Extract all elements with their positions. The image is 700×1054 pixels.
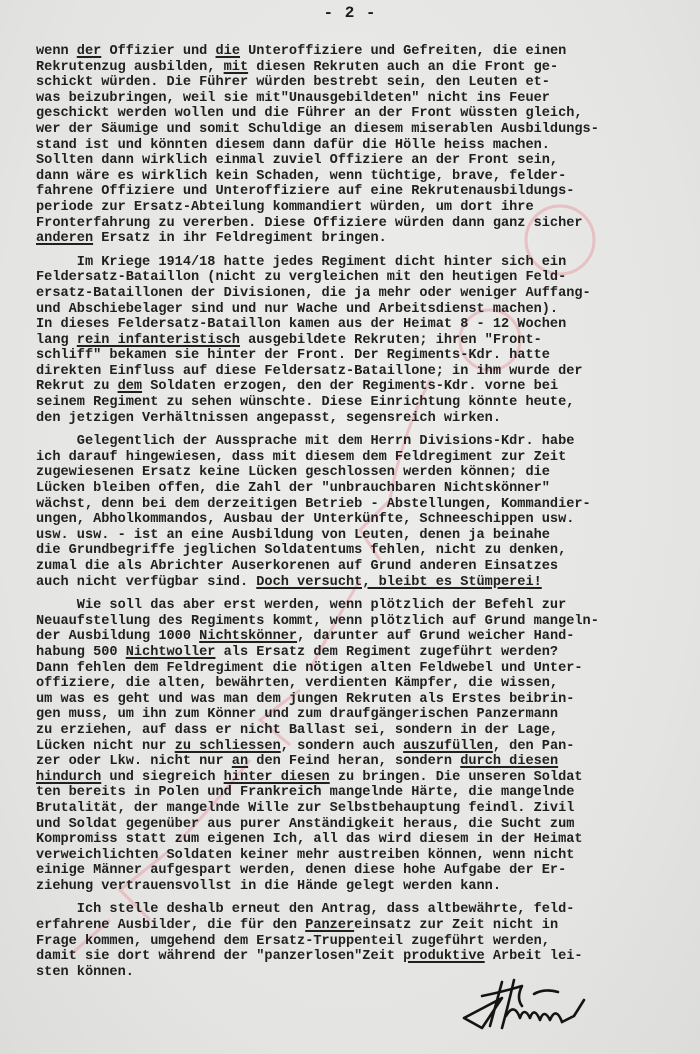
text-segment: den jetzigen Verhältnissen angepasst, se… xyxy=(36,411,501,426)
text-line: Brutalität, der mangelnde Wille zur Selb… xyxy=(36,801,686,817)
text-line: anderen Ersatz in ihr Feldregiment bring… xyxy=(36,231,686,247)
text-segment: und siegreich xyxy=(101,770,223,785)
text-line: um was es geht und was man dem jungen Re… xyxy=(36,692,686,708)
text-line: und Abschiebelager sind und nur Wache un… xyxy=(36,302,686,318)
paragraph: Ich stelle deshalb erneut den Antrag, da… xyxy=(36,902,686,980)
text-segment: Ich stelle deshalb erneut den Antrag, da… xyxy=(36,902,574,917)
text-line: der Ausbildung 1000 Nichtskönner, darunt… xyxy=(36,629,686,645)
text-line: Ich stelle deshalb erneut den Antrag, da… xyxy=(36,902,686,918)
text-segment: wenn xyxy=(36,44,77,59)
text-line: Fronterfahrung zu vererben. Diese Offizi… xyxy=(36,216,686,232)
underlined-text: Nichtwoller xyxy=(126,645,216,660)
text-line: zu erziehen, auf dass er nicht Ballast s… xyxy=(36,723,686,739)
text-segment: ersatz-Bataillonen der Divisionen, die j… xyxy=(36,286,591,301)
text-line: ziehung vertrauensvollst in die Hände ge… xyxy=(36,879,686,895)
text-line: In dieses Feldersatz-Bataillon kamen aus… xyxy=(36,317,686,333)
text-segment: Rekrut zu xyxy=(36,379,118,394)
text-line: ten bereits in Polen und Frankreich mang… xyxy=(36,785,686,801)
text-segment: ausgebildete Rekruten; ihren "Front- xyxy=(240,333,542,348)
text-segment: gen muss, um ihn zum Könner und zum drau… xyxy=(36,707,558,722)
text-segment: schliff" bekamen sie hinter der Front. D… xyxy=(36,348,550,363)
text-line: Sollten dann wirklich einmal zuviel Offi… xyxy=(36,153,686,169)
text-line: ungen, Abholkommandos, Ausbau der Unterk… xyxy=(36,512,686,528)
paragraph-gap xyxy=(36,247,686,255)
text-line: Gelegentlich der Aussprache mit dem Herr… xyxy=(36,434,686,450)
text-segment: , den Pan- xyxy=(493,739,575,754)
text-segment: ungen, Abholkommandos, Ausbau der Unterk… xyxy=(36,512,574,527)
text-segment: damit sie dort während der "panzerlosen"… xyxy=(36,949,403,964)
text-segment: ich darauf hingewiesen, dass mit diesem … xyxy=(36,450,566,465)
text-line: den jetzigen Verhältnissen angepasst, se… xyxy=(36,411,686,427)
text-line: Feldersatz-Bataillon (nicht zu vergleich… xyxy=(36,270,686,286)
underlined-text: Panzer xyxy=(305,918,354,933)
text-line: zugewiesenen Ersatz keine Lücken geschlo… xyxy=(36,465,686,481)
text-line: schliff" bekamen sie hinter der Front. D… xyxy=(36,348,686,364)
text-line: Neuaufstellung des Regiments kommt, wenn… xyxy=(36,614,686,630)
text-line: zumal die als Abrichter Auserkorenen auf… xyxy=(36,559,686,575)
text-segment: Soldaten erzogen, den der Regiments-Kdr.… xyxy=(142,379,558,394)
text-line: wer der Säumige und somit Schuldige an d… xyxy=(36,122,686,138)
text-line: dann wäre es wirklich kein Schaden, wenn… xyxy=(36,169,686,185)
text-line: geschickt werden wollen und die Führer a… xyxy=(36,106,686,122)
text-segment: auch nicht verfügbar sind. xyxy=(36,575,256,590)
paragraph-gap xyxy=(36,426,686,434)
text-segment: verweichlichten Soldaten keiner mehr aus… xyxy=(36,848,574,863)
text-segment: Ersatz in ihr Feldregiment bringen. xyxy=(93,231,387,246)
text-segment: einige Männer aufgespart werden, denen d… xyxy=(36,863,566,878)
text-segment: was beizubringen, weil sie mit"Unausgebi… xyxy=(36,91,550,106)
text-line: auch nicht verfügbar sind. Doch versucht… xyxy=(36,575,686,591)
page-number: - 2 - xyxy=(0,4,700,22)
text-segment: Sollten dann wirklich einmal zuviel Offi… xyxy=(36,153,558,168)
text-line: stand ist und könnten diesem dann dafür … xyxy=(36,138,686,154)
underlined-text: mit xyxy=(224,60,248,75)
text-segment: Rekrutenzug ausbilden, xyxy=(36,60,224,75)
text-segment: schickt würden. Die Führer würden bestre… xyxy=(36,75,550,90)
text-segment: ziehung vertrauensvollst in die Hände ge… xyxy=(36,879,501,894)
underlined-text: auszufüllen xyxy=(403,739,493,754)
text-segment: und Soldat gegenüber aus purer Anständig… xyxy=(36,817,574,832)
text-line: damit sie dort während der "panzerlosen"… xyxy=(36,949,686,965)
text-segment: Kompromiss statt zum eigenen Ich, all da… xyxy=(36,832,583,847)
text-segment: zumal die als Abrichter Auserkorenen auf… xyxy=(36,559,558,574)
paragraph: Im Kriege 1914/18 hatte jedes Regiment d… xyxy=(36,255,686,427)
paragraph: wenn der Offizier und die Unteroffiziere… xyxy=(36,44,686,247)
text-segment: Frage kommen, umgehend dem Ersatz-Truppe… xyxy=(36,934,550,949)
underlined-text: hindurch xyxy=(36,770,101,785)
text-line: fahrene Offiziere und Unteroffiziere auf… xyxy=(36,184,686,200)
text-segment: dann wäre es wirklich kein Schaden, wenn… xyxy=(36,169,566,184)
text-segment: einsatz zur Zeit nicht in xyxy=(354,918,558,933)
text-segment: Gelegentlich der Aussprache mit dem Herr… xyxy=(36,434,574,449)
text-segment: offiziere, die alten, bewährten, verdien… xyxy=(36,676,558,691)
text-segment: Fronterfahrung zu vererben. Diese Offizi… xyxy=(36,216,583,231)
text-segment: Dann fehlen dem Feldregiment die nötigen… xyxy=(36,661,583,676)
paragraph-gap xyxy=(36,894,686,902)
paragraph: Gelegentlich der Aussprache mit dem Herr… xyxy=(36,434,686,590)
text-segment: sten können. xyxy=(36,965,134,980)
text-segment: , sondern auch xyxy=(281,739,403,754)
underlined-text: an xyxy=(232,754,248,769)
text-segment: Feldersatz-Bataillon (nicht zu vergleich… xyxy=(36,270,566,285)
text-line: usw. usw. - ist an eine Ausbildung von L… xyxy=(36,528,686,544)
text-segment: habung 500 xyxy=(36,645,126,660)
text-line: schickt würden. Die Führer würden bestre… xyxy=(36,75,686,91)
text-line: wächst, denn bei dem derzeitigen Betrieb… xyxy=(36,497,686,513)
text-segment: zu erziehen, auf dass er nicht Ballast s… xyxy=(36,723,558,738)
text-segment: seinem Regiment zu sehen wünschte. Diese… xyxy=(36,395,574,410)
text-line: gen muss, um ihn zum Könner und zum drau… xyxy=(36,707,686,723)
text-segment: Lücken bleiben offen, die Zahl der "unbr… xyxy=(36,481,550,496)
text-line: Im Kriege 1914/18 hatte jedes Regiment d… xyxy=(36,255,686,271)
underlined-text: durch diesen xyxy=(460,754,558,769)
underlined-text: der xyxy=(77,44,101,59)
text-line: lang rein infanteristisch ausgebildete R… xyxy=(36,333,686,349)
letter-body: wenn der Offizier und die Unteroffiziere… xyxy=(36,44,686,980)
text-line: Dann fehlen dem Feldregiment die nötigen… xyxy=(36,661,686,677)
text-segment: wächst, denn bei dem derzeitigen Betrieb… xyxy=(36,497,591,512)
text-segment: Neuaufstellung des Regiments kommt, wenn… xyxy=(36,614,599,629)
text-segment: wer der Säumige und somit Schuldige an d… xyxy=(36,122,599,137)
text-segment: , darunter auf Grund weicher Hand- xyxy=(297,629,574,644)
text-segment: zu bringen. Die unseren Soldat xyxy=(330,770,583,785)
text-segment: Arbeit lei- xyxy=(485,949,583,964)
text-line: habung 500 Nichtwoller als Ersatz dem Re… xyxy=(36,645,686,661)
text-line: Wie soll das aber erst werden, wenn plöt… xyxy=(36,598,686,614)
text-line: verweichlichten Soldaten keiner mehr aus… xyxy=(36,848,686,864)
text-line: Rekrut zu dem Soldaten erzogen, den der … xyxy=(36,379,686,395)
text-segment: geschickt werden wollen und die Führer a… xyxy=(36,106,583,121)
text-segment: zugewiesenen Ersatz keine Lücken geschlo… xyxy=(36,465,550,480)
underlined-text: rein infanteristisch xyxy=(77,333,240,348)
text-segment: der Ausbildung 1000 xyxy=(36,629,199,644)
underlined-text: Nichtskönner xyxy=(199,629,297,644)
text-line: zer oder Lkw. nicht nur an den Feind her… xyxy=(36,754,686,770)
text-segment: ten bereits in Polen und Frankreich mang… xyxy=(36,785,574,800)
text-segment: und Abschiebelager sind und nur Wache un… xyxy=(36,302,558,317)
underlined-text: anderen xyxy=(36,231,93,246)
text-line: periode zur Ersatz-Abteilung kommandiert… xyxy=(36,200,686,216)
text-line: die Grundbegriffe jeglichen Soldatentums… xyxy=(36,543,686,559)
text-line: Rekrutenzug ausbilden, mit diesen Rekrut… xyxy=(36,60,686,76)
text-segment: fahrene Offiziere und Unteroffiziere auf… xyxy=(36,184,574,199)
text-line: seinem Regiment zu sehen wünschte. Diese… xyxy=(36,395,686,411)
text-line: wenn der Offizier und die Unteroffiziere… xyxy=(36,44,686,60)
text-segment: als Ersatz dem Regiment zugeführt werden… xyxy=(215,645,558,660)
text-segment: um was es geht und was man dem jungen Re… xyxy=(36,692,574,707)
text-segment: erfahrene Ausbilder, die für den xyxy=(36,918,305,933)
text-segment: Im Kriege 1914/18 hatte jedes Regiment d… xyxy=(36,255,566,270)
underlined-text: dem xyxy=(118,379,142,394)
text-segment: zer oder Lkw. nicht nur xyxy=(36,754,232,769)
signature xyxy=(462,976,622,1036)
text-line: einige Männer aufgespart werden, denen d… xyxy=(36,863,686,879)
underlined-text: produktive xyxy=(403,949,485,964)
text-segment: Unteroffiziere und Gefreiten, die einen xyxy=(240,44,566,59)
text-line: Lücken nicht nur zu schliessen, sondern … xyxy=(36,739,686,755)
text-segment: den Feind heran, sondern xyxy=(248,754,460,769)
text-line: erfahrene Ausbilder, die für den Panzere… xyxy=(36,918,686,934)
text-segment: stand ist und könnten diesem dann dafür … xyxy=(36,138,550,153)
text-segment: Brutalität, der mangelnde Wille zur Selb… xyxy=(36,801,574,816)
underlined-text: hinter diesen xyxy=(224,770,330,785)
text-line: ersatz-Bataillonen der Divisionen, die j… xyxy=(36,286,686,302)
text-line: Lücken bleiben offen, die Zahl der "unbr… xyxy=(36,481,686,497)
paragraph: Wie soll das aber erst werden, wenn plöt… xyxy=(36,598,686,894)
text-line: direkten Einfluss auf diese Feldersatz-B… xyxy=(36,364,686,380)
text-segment: Wie soll das aber erst werden, wenn plöt… xyxy=(36,598,566,613)
text-line: offiziere, die alten, bewährten, verdien… xyxy=(36,676,686,692)
text-line: Frage kommen, umgehend dem Ersatz-Truppe… xyxy=(36,934,686,950)
text-segment: periode zur Ersatz-Abteilung kommandiert… xyxy=(36,200,534,215)
text-line: ich darauf hingewiesen, dass mit diesem … xyxy=(36,450,686,466)
text-line: was beizubringen, weil sie mit"Unausgebi… xyxy=(36,91,686,107)
text-segment: Lücken nicht nur xyxy=(36,739,175,754)
text-segment: In dieses Feldersatz-Bataillon kamen aus… xyxy=(36,317,566,332)
document-page: - 2 - wenn der Offizier und die Unteroff… xyxy=(0,0,700,1054)
text-segment: lang xyxy=(36,333,77,348)
underlined-text: zu schliessen xyxy=(175,739,281,754)
text-segment: Offizier und xyxy=(101,44,215,59)
underlined-text: Doch versucht, bleibt es Stümperei! xyxy=(256,575,542,590)
text-line: hindurch und siegreich hinter diesen zu … xyxy=(36,770,686,786)
underlined-text: die xyxy=(216,44,240,59)
text-segment: die Grundbegriffe jeglichen Soldatentums… xyxy=(36,543,566,558)
paragraph-gap xyxy=(36,590,686,598)
text-segment: diesen Rekruten auch an die Front ge- xyxy=(248,60,558,75)
text-segment: direkten Einfluss auf diese Feldersatz-B… xyxy=(36,364,583,379)
text-segment: usw. usw. - ist an eine Ausbildung von L… xyxy=(36,528,550,543)
text-line: Kompromiss statt zum eigenen Ich, all da… xyxy=(36,832,686,848)
text-line: und Soldat gegenüber aus purer Anständig… xyxy=(36,817,686,833)
